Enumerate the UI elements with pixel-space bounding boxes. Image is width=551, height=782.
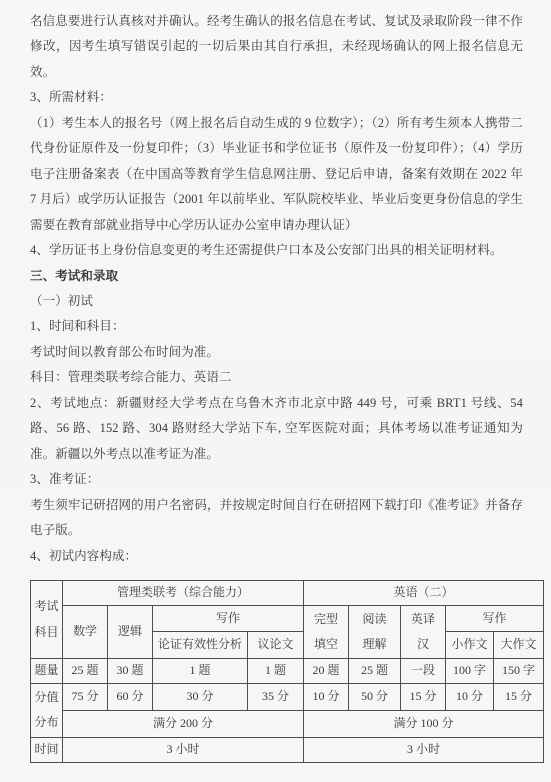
- cell-total-mgmt: 满分 200 分: [63, 710, 304, 737]
- paragraph-ticket-detail: 考生须牢记研招网的用户名密码，并按规定时间自行在研招网下载打印《准考证》并备存电…: [30, 493, 523, 544]
- cell-duration-mgmt: 3 小时: [63, 737, 304, 762]
- cell-quantity-arg: 1 题: [153, 658, 248, 683]
- cell-quantity-translation: 一段: [401, 658, 446, 683]
- paragraph-subjects: 科目：管理类联考综合能力、英语二: [30, 365, 523, 390]
- list-item-time-subjects: 1、时间和科目：: [30, 314, 523, 339]
- cell-quantity-reading: 25 题: [349, 658, 401, 683]
- cell-duration-english: 3 小时: [304, 737, 544, 762]
- cell-col-writing-english: 写作: [446, 605, 544, 631]
- cell-col-reading: 阅读 理解: [349, 605, 401, 658]
- list-item-exam-location: 2、考试地点：新疆财经大学考点在乌鲁木齐市北京中路 449 号，可乘 BRT1 …: [30, 391, 523, 467]
- subsection-heading-preliminary-exam: （一）初试: [30, 289, 523, 314]
- list-item-admission-ticket: 3、准考证：: [30, 467, 523, 492]
- section-heading-exam-admission: 三、考试和录取: [30, 264, 523, 289]
- row-label-quantity: 题量: [31, 658, 63, 683]
- list-item-exam-content: 4、初试内容构成：: [30, 544, 523, 569]
- paragraph-exam-time: 考试时间以教育部公布时间为准。: [30, 340, 523, 365]
- row-label-time: 时间: [31, 737, 63, 762]
- cell-quantity-small-essay: 100 字: [446, 658, 494, 683]
- cell-score-arg: 30 分: [153, 683, 248, 710]
- cell-score-big-essay: 15 分: [494, 683, 544, 710]
- cell-total-english: 满分 100 分: [304, 710, 544, 737]
- cell-quantity-essay: 1 题: [248, 658, 304, 683]
- cell-score-logic: 60 分: [108, 683, 153, 710]
- cell-col-big-essay: 大作文: [494, 631, 544, 658]
- cell-group-english: 英语（二）: [304, 580, 544, 605]
- cell-col-cloze: 完型 填空: [304, 605, 349, 658]
- cell-col-small-essay: 小作文: [446, 631, 494, 658]
- cell-score-small-essay: 10 分: [446, 683, 494, 710]
- document-page: 名信息要进行认真核对并确认。经考生确认的报名信息在考试、复试及录取阶段一律不作修…: [0, 0, 551, 782]
- cell-col-translation: 英译 汉: [401, 605, 446, 658]
- paragraph-materials-detail: （1）考生本人的报名号（网上报名后自动生成的 9 位数字）；（2）所有考生须本人…: [30, 111, 523, 238]
- cell-quantity-logic: 30 题: [108, 658, 153, 683]
- paragraph-confirm-info: 名信息要进行认真核对并确认。经考生确认的报名信息在考试、复试及录取阶段一律不作修…: [30, 9, 523, 85]
- cell-group-management: 管理类联考（综合能力）: [63, 580, 304, 605]
- list-item-required-materials: 3、所需材料：: [30, 85, 523, 110]
- cell-col-writing-mgmt: 写作: [153, 605, 304, 631]
- cell-score-cloze: 10 分: [304, 683, 349, 710]
- cell-exam-subject-label: 考试 科目: [31, 580, 63, 658]
- list-item-identity-change: 4、学历证书上身份信息变更的考生还需提供户口本及公安部门出具的相关证明材料。: [30, 238, 523, 263]
- cell-score-math: 75 分: [63, 683, 108, 710]
- corner-label-line1: 考试: [32, 593, 61, 619]
- row-label-score-distribution: 分值 分布: [31, 683, 63, 737]
- cell-col-argument-analysis: 论证有效性分析: [153, 631, 248, 658]
- exam-structure-table: 考试 科目 管理类联考（综合能力） 英语（二） 数学 逻辑 写作 完型 填空 阅…: [30, 580, 544, 763]
- cell-quantity-math: 25 题: [63, 658, 108, 683]
- cell-score-translation: 15 分: [401, 683, 446, 710]
- cell-score-essay: 35 分: [248, 683, 304, 710]
- cell-quantity-big-essay: 150 字: [494, 658, 544, 683]
- cell-col-math: 数学: [63, 605, 108, 658]
- cell-score-reading: 50 分: [349, 683, 401, 710]
- cell-col-essay: 议论文: [248, 631, 304, 658]
- corner-label-line2: 科目: [32, 619, 61, 645]
- cell-quantity-cloze: 20 题: [304, 658, 349, 683]
- cell-col-logic: 逻辑: [108, 605, 153, 658]
